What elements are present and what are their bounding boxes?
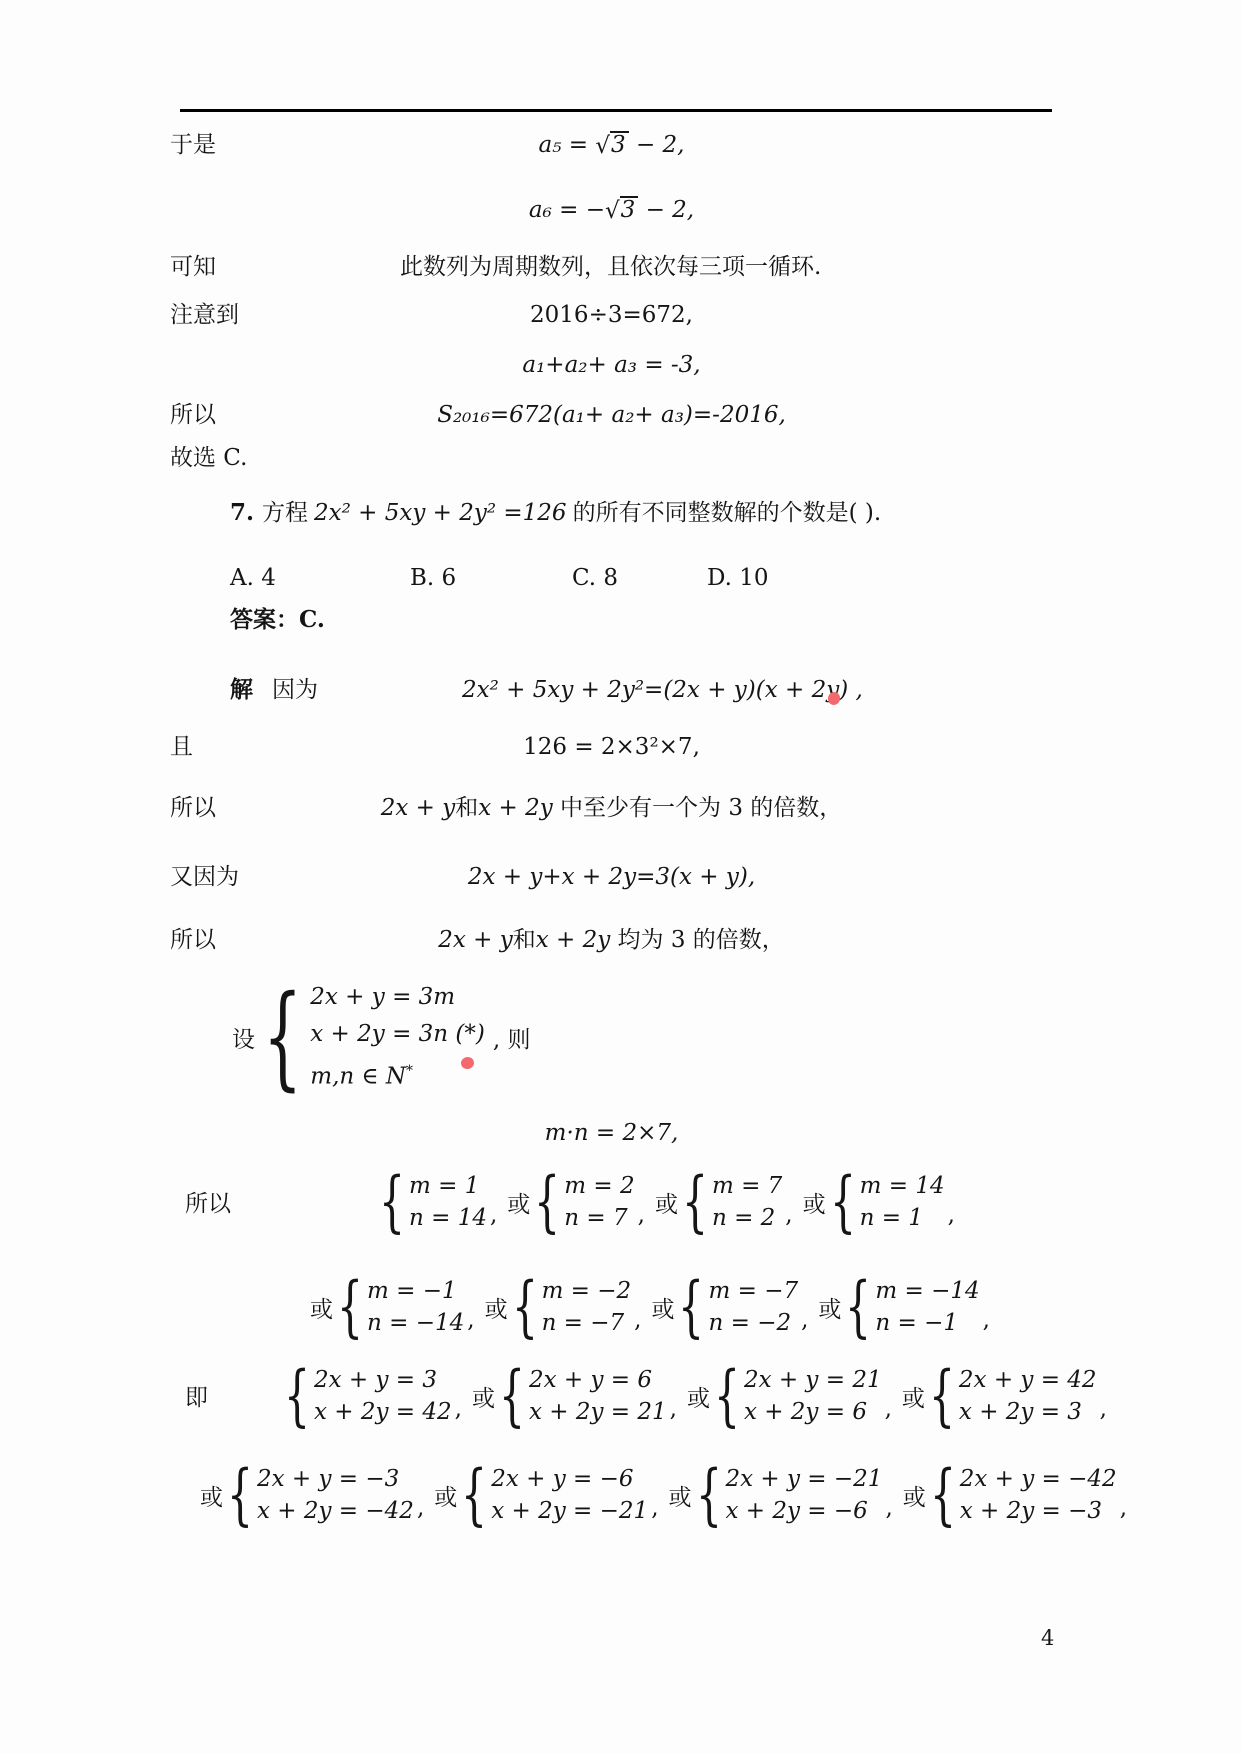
formula-a6: a₆ = −√3 − 2, bbox=[529, 197, 694, 223]
system-group: 或{2x + y = −21x + 2y = −6, bbox=[669, 1463, 893, 1527]
equation-line: n = 14 bbox=[409, 1202, 487, 1234]
line-a6: a₆ = −√3 − 2, bbox=[170, 193, 1053, 227]
line-conclusion: 故选 C. bbox=[170, 441, 1053, 475]
system-group: 或{m = −7n = −2, bbox=[651, 1275, 808, 1339]
left-brace-icon: { bbox=[227, 1465, 253, 1524]
connector-label: 可知 bbox=[170, 250, 216, 284]
or-label: 或 bbox=[687, 1380, 710, 1413]
equation-line: m = −2 bbox=[542, 1275, 632, 1307]
formula-text: x + 2y bbox=[478, 795, 553, 821]
equation-line: n = −14 bbox=[367, 1307, 464, 1339]
or-label: 或 bbox=[818, 1291, 841, 1324]
question-number: 7. bbox=[230, 499, 254, 526]
or-label: 或 bbox=[669, 1479, 692, 1512]
connector-label: 即 bbox=[185, 1379, 208, 1412]
equation-line: n = 2 bbox=[712, 1202, 782, 1234]
left-brace-icon: { bbox=[678, 1277, 704, 1336]
systems-row-2: 或{m = −1n = −14, 或{m = −2n = −7, 或{m = −… bbox=[170, 1271, 1180, 1343]
connector-label: 又因为 bbox=[170, 860, 239, 894]
set-system-block: 设 { 2x + y = 3m x + 2y = 3n (*) m,n ∈ N*… bbox=[232, 982, 530, 1092]
system-group: 或{m = −1n = −14, bbox=[310, 1275, 475, 1339]
comma: , bbox=[651, 1495, 658, 1521]
equation-line: x + 2y = −21 bbox=[491, 1495, 648, 1527]
comma: , bbox=[638, 1202, 645, 1228]
equation-line: 2x + y = 3 bbox=[314, 1364, 452, 1396]
formula-text: 2x + y bbox=[381, 795, 456, 821]
system-group: 或{m = −14n = −1, bbox=[818, 1275, 990, 1339]
equation-line: n = −7 bbox=[542, 1307, 632, 1339]
comma: , bbox=[467, 1307, 474, 1333]
systems-row-3: 即 {2x + y = 3x + 2y = 42, 或{2x + y = 6x … bbox=[170, 1360, 1180, 1432]
or-label: 或 bbox=[485, 1291, 508, 1324]
cn-text: 和 bbox=[513, 927, 536, 953]
comma: , bbox=[885, 1396, 892, 1422]
left-brace-icon: { bbox=[461, 1465, 487, 1524]
formula-sum: a₁+a₂+ a₃ = -3, bbox=[522, 352, 700, 378]
question-formula: 2x² + 5xy + 2y² =126 bbox=[314, 500, 567, 526]
line-a5: 于是 a₅ = √3 − 2, bbox=[170, 128, 1053, 162]
left-brace-icon: { bbox=[830, 1172, 856, 1231]
system-lines: 2x + y = 3m x + 2y = 3n (*) m,n ∈ N* bbox=[310, 979, 485, 1096]
or-label: 或 bbox=[902, 1380, 925, 1413]
left-brace-icon: { bbox=[337, 1277, 363, 1336]
equation-line: 2x + y = −42 bbox=[960, 1463, 1117, 1495]
connector-label: 所以 bbox=[170, 398, 216, 432]
left-brace-icon: { bbox=[845, 1277, 871, 1336]
equation-line: m = 7 bbox=[712, 1170, 782, 1202]
line-s2016: 所以 S₂₀₁₆=672(a₁+ a₂+ a₃)=-2016, bbox=[170, 398, 1053, 432]
connector-label: 所以 bbox=[170, 923, 216, 957]
line-also: 又因为 2x + y+x + 2y=3(x + y), bbox=[170, 860, 1053, 894]
or-label: 或 bbox=[472, 1380, 495, 1413]
left-brace-icon: { bbox=[379, 1172, 405, 1231]
formula-a5: a₅ = √3 − 2, bbox=[539, 132, 685, 158]
system-group: 或{2x + y = −6x + 2y = −21, bbox=[434, 1463, 658, 1527]
or-label: 或 bbox=[200, 1479, 223, 1512]
left-brace-icon: { bbox=[929, 1366, 955, 1425]
equation-line: x + 2y = 6 bbox=[744, 1396, 882, 1428]
equation-line: m = −14 bbox=[875, 1275, 979, 1307]
comma: , bbox=[417, 1495, 424, 1521]
question-7: 7.方程2x² + 5xy + 2y² =126的所有不同整数解的个数是( ). bbox=[170, 496, 1053, 530]
equation-line: n = 1 bbox=[860, 1202, 945, 1234]
comma: , bbox=[634, 1307, 641, 1333]
equation-line: m = 1 bbox=[409, 1170, 487, 1202]
equation-line: x + 2y = −42 bbox=[257, 1495, 414, 1527]
or-label: 或 bbox=[434, 1479, 457, 1512]
equation-line: m = 14 bbox=[860, 1170, 945, 1202]
option-b: B. 6 bbox=[410, 561, 456, 595]
formula-text: a₅ = bbox=[539, 132, 596, 158]
option-d: D. 10 bbox=[707, 561, 769, 595]
equation-line: 2x + y = 6 bbox=[529, 1364, 667, 1396]
equation-line: n = −1 bbox=[875, 1307, 979, 1339]
equation-line: x + 2y = −3 bbox=[960, 1495, 1117, 1527]
sqrt-icon: √ bbox=[605, 194, 620, 228]
left-brace-icon: { bbox=[499, 1366, 525, 1425]
connector-label: 注意到 bbox=[170, 298, 239, 332]
header-rule bbox=[180, 109, 1052, 112]
left-brace-icon: { bbox=[284, 1366, 310, 1425]
line-notice: 注意到 2016÷3=672, bbox=[170, 298, 1053, 332]
factorization-formula: 2x² + 5xy + 2y²=(2x + y)(x + 2y) , bbox=[462, 673, 863, 707]
option-c: C. 8 bbox=[572, 561, 618, 595]
equation-line: m,n ∈ N* bbox=[310, 1053, 485, 1096]
connector-label: 且 bbox=[170, 730, 193, 764]
line-sum: a₁+a₂+ a₃ = -3, bbox=[170, 348, 1053, 382]
system-group: 或{2x + y = 42x + 2y = 3, bbox=[902, 1364, 1107, 1428]
system-group: 或{2x + y = 21x + 2y = 6, bbox=[687, 1364, 892, 1428]
formula-text: − 2, bbox=[638, 197, 694, 223]
system-groups: {m = 1n = 14, 或{m = 2n = 7, 或{m = 7n = 2… bbox=[375, 1166, 955, 1238]
cn-text: 中至少有一个为 3 的倍数， bbox=[553, 795, 843, 821]
left-brace-icon: { bbox=[930, 1465, 956, 1524]
superscript-star: * bbox=[406, 1063, 413, 1079]
comma: , bbox=[885, 1495, 892, 1521]
equation-line: m = −7 bbox=[708, 1275, 798, 1307]
equation-line: x + 2y = 21 bbox=[529, 1396, 667, 1428]
options-row: A. 4 B. 6 C. 8 D. 10 bbox=[170, 561, 1053, 595]
line-kezhi: 可知 此数列为周期数列，且依次每三项一循环. bbox=[170, 250, 1053, 284]
connector-label: 于是 bbox=[170, 128, 216, 162]
because-label: 因为 bbox=[272, 673, 318, 707]
systems-row-4: 或{2x + y = −3x + 2y = −42, 或{2x + y = −6… bbox=[170, 1459, 1180, 1531]
line-both-multiple: 所以 2x + y和x + 2y 均为 3 的倍数， bbox=[170, 923, 1053, 957]
question-text: 的所有不同整数解的个数是( ). bbox=[573, 500, 882, 526]
statement-mixed: 2x + y和x + 2y 均为 3 的倍数， bbox=[438, 927, 785, 953]
left-brace-icon: { bbox=[682, 1172, 708, 1231]
system-groups: 或{2x + y = −3x + 2y = −42, 或{2x + y = −6… bbox=[200, 1459, 1127, 1531]
equation-line: 2x + y = 3m bbox=[310, 979, 485, 1016]
left-brace-icon: { bbox=[714, 1366, 740, 1425]
or-label: 或 bbox=[655, 1186, 678, 1219]
line-mn: m·n = 2×7, bbox=[170, 1116, 1053, 1150]
set-label: 设 bbox=[232, 1021, 255, 1054]
answer-row: 答案：C. bbox=[170, 603, 1053, 637]
comma: , bbox=[948, 1202, 955, 1228]
equation-line: x + 2y = 3 bbox=[959, 1396, 1097, 1428]
option-a: A. 4 bbox=[230, 561, 276, 595]
comma: , bbox=[490, 1202, 497, 1228]
question-text: 方程 bbox=[262, 500, 308, 526]
system-group: 或{2x + y = −42x + 2y = −3, bbox=[903, 1463, 1127, 1527]
or-label: 或 bbox=[507, 1186, 530, 1219]
formula-s2016: S₂₀₁₆=672(a₁+ a₂+ a₃)=-2016, bbox=[437, 402, 786, 428]
statement-mixed: 2x + y和x + 2y 中至少有一个为 3 的倍数， bbox=[381, 795, 843, 821]
formula-text: m,n ∈ N bbox=[310, 1063, 406, 1089]
formula-mn: m·n = 2×7, bbox=[545, 1120, 679, 1146]
then-label: , 则 bbox=[493, 1021, 531, 1054]
connector-label: 所以 bbox=[185, 1185, 231, 1218]
or-label: 或 bbox=[310, 1291, 333, 1324]
comma: , bbox=[1100, 1396, 1107, 1422]
equation-line: 2x + y = 42 bbox=[959, 1364, 1097, 1396]
conclusion-text: 故选 C. bbox=[170, 441, 247, 475]
systems-row-1: 所以 {m = 1n = 14, 或{m = 2n = 7, 或{m = 7n … bbox=[170, 1166, 1180, 1238]
system-group: 或{2x + y = 6x + 2y = 21, bbox=[472, 1364, 677, 1428]
sqrt-icon: √ bbox=[595, 129, 610, 163]
comma: , bbox=[670, 1396, 677, 1422]
statement-text: 此数列为周期数列，且依次每三项一循环. bbox=[400, 250, 821, 284]
system-group: 或{m = −2n = −7, bbox=[485, 1275, 642, 1339]
left-brace-icon: { bbox=[512, 1277, 538, 1336]
comma: , bbox=[785, 1202, 792, 1228]
or-label: 或 bbox=[903, 1479, 926, 1512]
radicand: 3 bbox=[620, 196, 639, 222]
or-label: 或 bbox=[651, 1291, 674, 1324]
cn-text: 均为 3 的倍数， bbox=[610, 927, 785, 953]
equation-line: x + 2y = −6 bbox=[726, 1495, 883, 1527]
solution-row: 解 因为 2x² + 5xy + 2y²=(2x + y)(x + 2y) , bbox=[170, 673, 1053, 707]
page-number: 4 bbox=[1041, 1626, 1054, 1650]
left-brace-icon: { bbox=[263, 987, 302, 1088]
line-126: 且 126 = 2×3²×7, bbox=[170, 730, 1053, 764]
radicand: 3 bbox=[610, 131, 629, 157]
line-multiple: 所以 2x + y和x + 2y 中至少有一个为 3 的倍数， bbox=[170, 791, 1053, 825]
comma: , bbox=[1120, 1495, 1127, 1521]
system-group: 或{m = 2n = 7, bbox=[507, 1170, 645, 1234]
solve-label: 解 bbox=[230, 673, 253, 707]
formula-text: x + 2y bbox=[536, 927, 611, 953]
equation-line: 2x + y = −21 bbox=[726, 1463, 883, 1495]
comma: , bbox=[801, 1307, 808, 1333]
equation-line: n = −2 bbox=[708, 1307, 798, 1339]
system-groups: 或{m = −1n = −14, 或{m = −2n = −7, 或{m = −… bbox=[310, 1271, 990, 1343]
answer-text: 答案：C. bbox=[230, 603, 325, 637]
equation-line: m = 2 bbox=[564, 1170, 634, 1202]
or-label: 或 bbox=[803, 1186, 826, 1219]
system-group: 或{m = 14n = 1, bbox=[803, 1170, 955, 1234]
equation-line: 2x + y = −3 bbox=[257, 1463, 414, 1495]
equation-line: n = 7 bbox=[564, 1202, 634, 1234]
system-group: 或{m = 7n = 2, bbox=[655, 1170, 793, 1234]
equation-line: x + 2y = 3n (*) bbox=[310, 1016, 485, 1053]
equation-line: 2x + y = 21 bbox=[744, 1364, 882, 1396]
equation-line: x + 2y = 42 bbox=[314, 1396, 452, 1428]
equation-line: 2x + y = −6 bbox=[491, 1463, 648, 1495]
formula-126: 126 = 2×3²×7, bbox=[523, 734, 700, 760]
connector-label: 所以 bbox=[170, 791, 216, 825]
system-group: {2x + y = 3x + 2y = 42, bbox=[280, 1364, 462, 1428]
left-brace-icon: { bbox=[534, 1172, 560, 1231]
system-group: {m = 1n = 14, bbox=[375, 1170, 497, 1234]
cn-text: 和 bbox=[455, 795, 478, 821]
comma: , bbox=[983, 1307, 990, 1333]
formula-2016: 2016÷3=672, bbox=[530, 302, 693, 328]
document-page: 于是 a₅ = √3 − 2, a₆ = −√3 − 2, 可知 此数列为周期数… bbox=[0, 0, 1241, 1754]
equation-line: m = −1 bbox=[367, 1275, 464, 1307]
formula-3xy: 2x + y+x + 2y=3(x + y), bbox=[468, 864, 755, 890]
system-groups: {2x + y = 3x + 2y = 42, 或{2x + y = 6x + … bbox=[280, 1360, 1107, 1432]
system-group: 或{2x + y = −3x + 2y = −42, bbox=[200, 1463, 424, 1527]
formula-text: − 2, bbox=[629, 132, 685, 158]
formula-text: a₆ = − bbox=[529, 197, 605, 223]
question-line: 7.方程2x² + 5xy + 2y² =126的所有不同整数解的个数是( ). bbox=[230, 496, 881, 530]
comma: , bbox=[455, 1396, 462, 1422]
left-brace-icon: { bbox=[695, 1465, 721, 1524]
formula-text: 2x + y bbox=[438, 927, 513, 953]
